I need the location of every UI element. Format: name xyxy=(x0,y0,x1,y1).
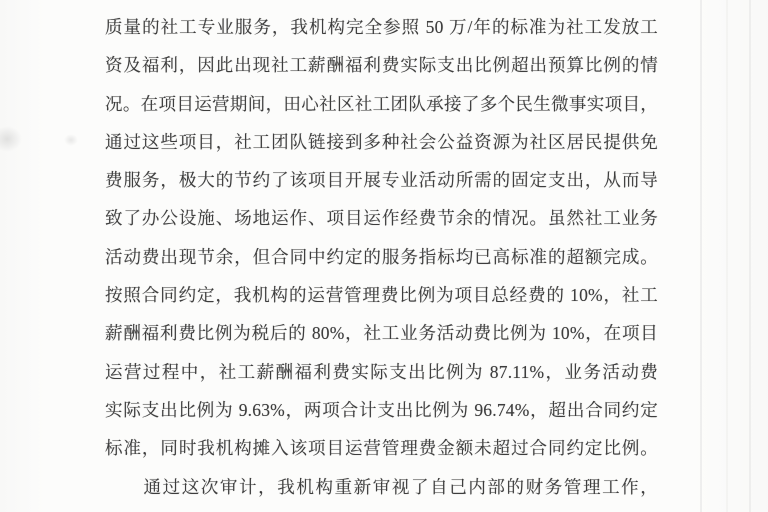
text-line: 按照合同约定，我机构的运营管理费比例为项目总经费的 10%，社工 xyxy=(105,276,658,314)
text-line: 致了办公设施、场地运作、项目运作经费节余的情况。虽然社工业务 xyxy=(105,199,658,237)
text-line: 运营过程中，社工薪酬福利费实际支出比例为 87.11%，业务活动费 xyxy=(105,353,658,391)
scan-smudge xyxy=(0,126,22,152)
scan-streak xyxy=(749,0,751,512)
text-line: 标准，同时我机构摊入该项目运营管理费金额未超过合同约定比例。 xyxy=(105,429,658,467)
text-line: 资及福利，因此出现社工薪酬福利费实际支出比例超出预算比例的情 xyxy=(105,46,658,84)
text-line: 薪酬福利费比例为税后的 80%，社工业务活动费比例为 10%，在项目 xyxy=(105,314,658,352)
scan-smudge xyxy=(64,134,78,146)
document-text-block: 质量的社工专业服务，我机构完全参照 50 万/年的标准为社工发放工 资及福利，因… xyxy=(105,8,658,506)
document-page: 质量的社工专业服务，我机构完全参照 50 万/年的标准为社工发放工 资及福利，因… xyxy=(0,0,768,512)
text-line: 实际支出比例为 9.63%，两项合计支出比例为 96.74%，超出合同约定 xyxy=(105,391,658,429)
text-line: 通过这些项目，社工团队链接到多种社会公益资源为社区居民提供免 xyxy=(105,123,658,161)
text-line: 费服务，极大的节约了该项目开展专业活动所需的固定支出，从而导 xyxy=(105,161,658,199)
text-line: 况。在项目运营期间，田心社区社工团队承接了多个民生微事实项目， xyxy=(105,85,658,123)
scan-streak xyxy=(726,0,728,512)
text-line: 活动费出现节余，但合同中约定的服务指标均已高标准的超额完成。 xyxy=(105,238,658,276)
text-line: 质量的社工专业服务，我机构完全参照 50 万/年的标准为社工发放工 xyxy=(105,8,658,46)
text-line-paragraph-start: 通过这次审计，我机构重新审视了自己内部的财务管理工作， xyxy=(105,468,658,506)
scan-streak xyxy=(700,0,702,512)
